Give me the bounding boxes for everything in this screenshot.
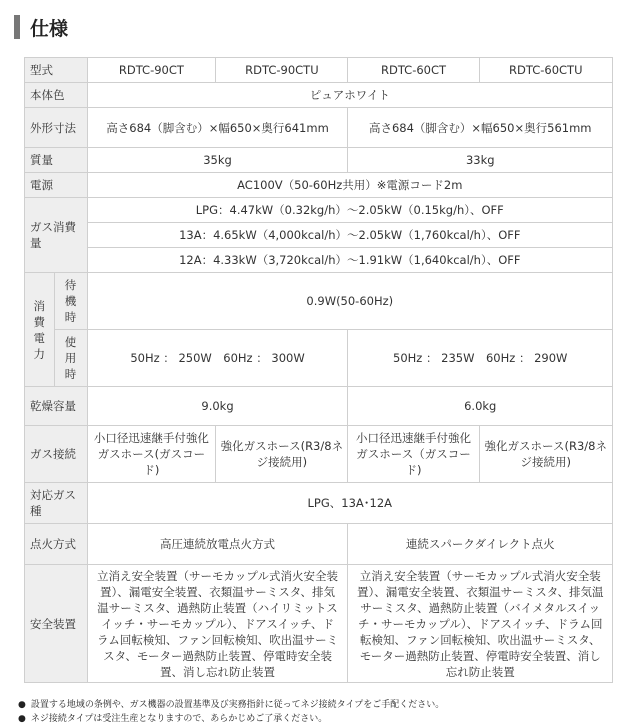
cell-value: 50Hz ： 235W 60Hz ： 290W — [348, 330, 613, 387]
row-label: 本体色 — [25, 83, 88, 108]
row-label: 質量 — [25, 148, 88, 173]
heading-accent-bar — [14, 15, 20, 39]
page-title: 仕様 — [30, 14, 68, 41]
section-heading: 仕様 — [14, 14, 68, 40]
cell-value: RDTC-60CT — [348, 58, 479, 83]
cell-value: 強化ガスホース(R3/8ネジ接続用) — [216, 426, 348, 483]
cell-value: 13A：4.65kW（4,000kcal/h）～2.05kW（1,760kcal… — [87, 223, 612, 248]
cell-value: 強化ガスホース(R3/8ネジ接続用) — [479, 426, 612, 483]
note-item: ● 設置する地域の条例や、ガス機器の設置基準及び実務指針に従ってネジ接続タイプを… — [18, 698, 444, 712]
cell-value: AC100V（50-60Hz共用）※電源コード2m — [87, 173, 612, 198]
cell-value: 連続スパークダイレクト点火 — [348, 524, 613, 565]
cell-value: ピュアホワイト — [87, 83, 612, 108]
cell-value: 小口径迅速継手付強化ガスホース（ガスコード) — [348, 426, 479, 483]
table-row-drying-capacity: 乾燥容量 9.0kg 6.0kg — [25, 387, 613, 426]
row-label: 点火方式 — [25, 524, 88, 565]
table-row-weight: 質量 35kg 33kg — [25, 148, 613, 173]
row-label: 外形寸法 — [25, 108, 88, 148]
note-text: 設置する地域の条例や、ガス機器の設置基準及び実務指針に従ってネジ接続タイプをご手… — [31, 698, 444, 712]
table-row-color: 本体色 ピュアホワイト — [25, 83, 613, 108]
table-row-gas-type: 対応ガス種 LPG、13A･12A — [25, 483, 613, 524]
table-row-gas-consumption-13a: 13A：4.65kW（4,000kcal/h）～2.05kW（1,760kcal… — [25, 223, 613, 248]
row-label: 乾燥容量 — [25, 387, 88, 426]
row-sublabel: 使用時 — [54, 330, 87, 387]
cell-value: 小口径迅速継手付強化ガスホース(ガスコード) — [87, 426, 216, 483]
row-label: ガス接続 — [25, 426, 88, 483]
row-label: 安全装置 — [25, 565, 88, 683]
row-sublabel: 待機時 — [54, 273, 87, 330]
row-label: 型式 — [25, 58, 88, 83]
cell-value: RDTC-90CTU — [216, 58, 348, 83]
table-row-dimensions: 外形寸法 高さ684（脚含む）×幅650×奥行641mm 高さ684（脚含む）×… — [25, 108, 613, 148]
cell-value: RDTC-60CTU — [479, 58, 612, 83]
table-row-gas-consumption: ガス消費量 LPG：4.47kW（0.32kg/h）～2.05kW（0.15kg… — [25, 198, 613, 223]
row-label: 対応ガス種 — [25, 483, 88, 524]
cell-value: 6.0kg — [348, 387, 613, 426]
note-text: ネジ接続タイプは受注生産となりますので、あらかじめご了承ください。 — [31, 712, 327, 726]
cell-value: 12A：4.33kW（3,720kcal/h）～1.91kW（1,640kcal… — [87, 248, 612, 273]
row-label: 消費電力 — [25, 273, 55, 387]
cell-value: 33kg — [348, 148, 613, 173]
bullet-icon: ● — [18, 698, 26, 712]
table-row-gas-connection: ガス接続 小口径迅速継手付強化ガスホース(ガスコード) 強化ガスホース(R3/8… — [25, 426, 613, 483]
cell-value: LPG、13A･12A — [87, 483, 612, 524]
table-row-ignition: 点火方式 高圧連続放電点火方式 連続スパークダイレクト点火 — [25, 524, 613, 565]
table-row-power-in-use: 使用時 50Hz ： 250W 60Hz ： 300W 50Hz ： 235W … — [25, 330, 613, 387]
cell-value: LPG：4.47kW（0.32kg/h）～2.05kW（0.15kg/h）、OF… — [87, 198, 612, 223]
cell-value: 高圧連続放電点火方式 — [87, 524, 348, 565]
note-item: ● ネジ接続タイプは受注生産となりますので、あらかじめご了承ください。 — [18, 712, 444, 726]
cell-value: 立消え安全装置（サーモカップル式消火安全装置）、漏電安全装置、衣類温サーミスタ、… — [348, 565, 613, 683]
cell-value: 35kg — [87, 148, 348, 173]
bullet-icon: ● — [18, 712, 26, 726]
cell-value: RDTC-90CT — [87, 58, 216, 83]
table-row-model: 型式 RDTC-90CT RDTC-90CTU RDTC-60CT RDTC-6… — [25, 58, 613, 83]
cell-value: 高さ684（脚含む）×幅650×奥行641mm — [87, 108, 348, 148]
cell-value: 50Hz ： 250W 60Hz ： 300W — [87, 330, 348, 387]
table-row-power-source: 電源 AC100V（50-60Hz共用）※電源コード2m — [25, 173, 613, 198]
cell-value: 0.9W(50-60Hz) — [87, 273, 612, 330]
row-label: ガス消費量 — [25, 198, 88, 273]
table-row-gas-consumption-12a: 12A：4.33kW（3,720kcal/h）～1.91kW（1,640kcal… — [25, 248, 613, 273]
cell-value: 高さ684（脚含む）×幅650×奥行561mm — [348, 108, 613, 148]
table-row-power-standby: 消費電力 待機時 0.9W(50-60Hz) — [25, 273, 613, 330]
row-label: 電源 — [25, 173, 88, 198]
table-row-safety: 安全装置 立消え安全装置（サーモカップル式消火安全装置）、漏電安全装置、衣類温サ… — [25, 565, 613, 683]
cell-value: 立消え安全装置（サーモカップル式消火安全装置）、漏電安全装置、衣類温サーミスタ、… — [87, 565, 348, 683]
notes: ● 設置する地域の条例や、ガス機器の設置基準及び実務指針に従ってネジ接続タイプを… — [18, 698, 444, 726]
spec-table: 型式 RDTC-90CT RDTC-90CTU RDTC-60CT RDTC-6… — [24, 57, 613, 683]
cell-value: 9.0kg — [87, 387, 348, 426]
